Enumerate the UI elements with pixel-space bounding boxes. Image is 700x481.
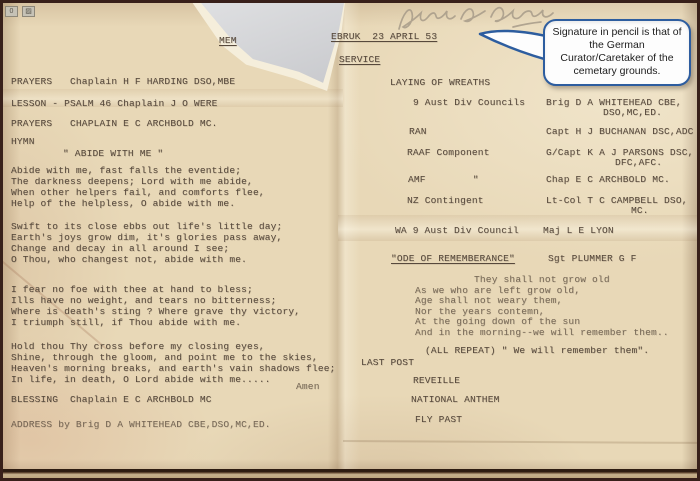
- wreath-officer: Lt-Col T C CAMPBELL DSO,: [546, 195, 688, 206]
- last-post-line: LAST POST: [361, 357, 414, 368]
- hymn-stanza-3: I fear no foe with thee at hand to bless…: [11, 284, 300, 328]
- title-fragment-left: MEM: [219, 35, 237, 46]
- wreath-officer: Capt H J BUCHANAN DSC,ADC: [546, 126, 694, 137]
- lesson-line: LESSON - PSALM 46 Chaplain J O WERE: [11, 98, 218, 109]
- hymn-stanza-4: Hold thou Thy cross before my closing ey…: [11, 341, 336, 385]
- prayers-line: PRAYERS CHAPLAIN E C ARCHBOLD MC.: [11, 118, 218, 129]
- scanned-memorial-program: 0 ▨ Signature in pencil is that of the G…: [0, 0, 700, 481]
- broken-image-icon: ▨: [22, 6, 35, 17]
- page-bottom-edge: [3, 469, 697, 478]
- wreath-by: 9 Aust Div Councils: [413, 97, 525, 108]
- all-repeat-line: (ALL REPEAT) " We will remember them".: [425, 345, 649, 356]
- wreath-by: NZ Contingent: [407, 195, 484, 206]
- laying-of-wreaths-header: LAYING OF WREATHS: [390, 77, 490, 88]
- amen-line: Amen: [296, 381, 320, 392]
- ode-verse: They shall not grow old As we who are le…: [415, 275, 669, 338]
- wreath-officer-cont: DFC,AFC.: [615, 157, 662, 168]
- wreath-by: AMF ": [408, 174, 479, 185]
- service-subtitle: SERVICE: [339, 54, 380, 65]
- fly-past-line: FLY PAST: [415, 414, 462, 425]
- wreath-officer-cont: MC.: [631, 205, 649, 216]
- image-placeholder-icon: 0: [5, 6, 18, 17]
- hymn-stanza-2: Swift to its close ebbs out life's littl…: [11, 221, 282, 265]
- wreath-by: RAAF Component: [407, 147, 490, 158]
- ode-reader: Sgt PLUMMER G F: [548, 253, 637, 264]
- prayers-line: PRAYERS Chaplain H F HARDING DSO,MBE: [11, 76, 235, 87]
- wreath-officer: Maj L E LYON: [543, 225, 614, 236]
- hymn-stanza-1: Abide with me, fast falls the eventide; …: [11, 165, 265, 209]
- wreath-officer-cont: DSO,MC,ED.: [603, 107, 662, 118]
- blessing-line: BLESSING Chaplain E C ARCHBOLD MC: [11, 394, 212, 405]
- annotation-callout: Signature in pencil is that of the Germa…: [543, 19, 691, 86]
- wreath-officer: Chap E C ARCHBOLD MC.: [546, 174, 670, 185]
- reveille-line: REVEILLE: [413, 375, 460, 386]
- annotation-text: Signature in pencil is that of the Germa…: [553, 26, 682, 77]
- hymn-title: " ABIDE WITH ME ": [63, 148, 163, 159]
- address-line: ADDRESS by Brig D A WHITEHEAD CBE,DSO,MC…: [11, 419, 271, 430]
- national-anthem-line: NATIONAL ANTHEM: [411, 394, 500, 405]
- ode-header: "ODE OF REMEMBERANCE": [391, 253, 515, 264]
- date-line-fragment: EBRUK 23 APRIL 53: [331, 31, 437, 42]
- hymn-label: HYMN: [11, 136, 35, 147]
- wreath-by: RAN: [409, 126, 427, 137]
- wreath-by: WA 9 Aust Div Council: [395, 225, 519, 236]
